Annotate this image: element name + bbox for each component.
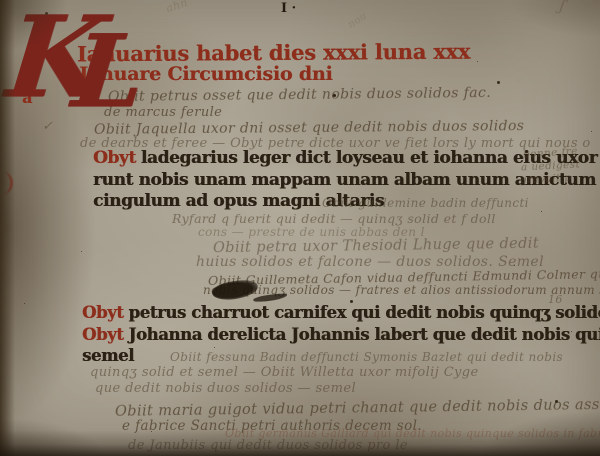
obit-text: Johanna derelicta Johannis labert que de… <box>129 325 600 344</box>
obyt-rubric: Obyt <box>93 148 141 168</box>
obit-entry-gothic: semel <box>82 347 134 364</box>
obit-entry: Obiit fessuna Badin deffuncti Symonis Ba… <box>170 351 563 364</box>
red-edge-mark <box>0 172 13 194</box>
ink-specks <box>333 94 336 97</box>
obit-entry: nobis quinqʒ solidos — fratres et alios … <box>203 284 600 297</box>
manuscript-page: ahn nou ʃ I · KL Ianuarius habet dies xx… <box>0 0 600 456</box>
obit-entry-gothic: Obytpetrus charruot carnifex qui dedit n… <box>82 304 600 321</box>
pen-scribble: ʃ <box>558 0 567 15</box>
page-number: I · <box>281 2 296 16</box>
obit-entry: Ryfard q fuerit qui dedit — quinqʒ solid… <box>172 212 496 225</box>
obit-entry: cons — prestre de unis abbas den l <box>198 226 425 239</box>
obit-entry: Obiit Jaquella uxor dni osset que dedit … <box>94 119 525 137</box>
obit-entry: que dedit nobis duos solidos — semel <box>95 382 356 396</box>
obit-entry: Obiit guillemine badin deffuncti <box>322 197 529 210</box>
obyt-rubric: Obyt <box>82 325 129 344</box>
pen-scribble: nou <box>347 11 370 31</box>
obit-entry: Obiit maria guigot vidua petri chanat qu… <box>115 397 600 420</box>
obit-text: petrus charruot carnifex qui dedit nobis… <box>129 303 600 322</box>
obyt-rubric: Obyt <box>82 303 129 322</box>
obit-entry: quinqʒ solid et semel — Obiit Willetta u… <box>90 366 479 380</box>
kl-monogram: KL <box>2 2 181 114</box>
obit-entry: de Janubiis qui dedit duos solidos pro l… <box>128 439 408 453</box>
kl-letter-l: L <box>68 12 151 130</box>
obit-entry-gothic: ObytJohanna derelicta Johannis labert qu… <box>82 326 600 343</box>
